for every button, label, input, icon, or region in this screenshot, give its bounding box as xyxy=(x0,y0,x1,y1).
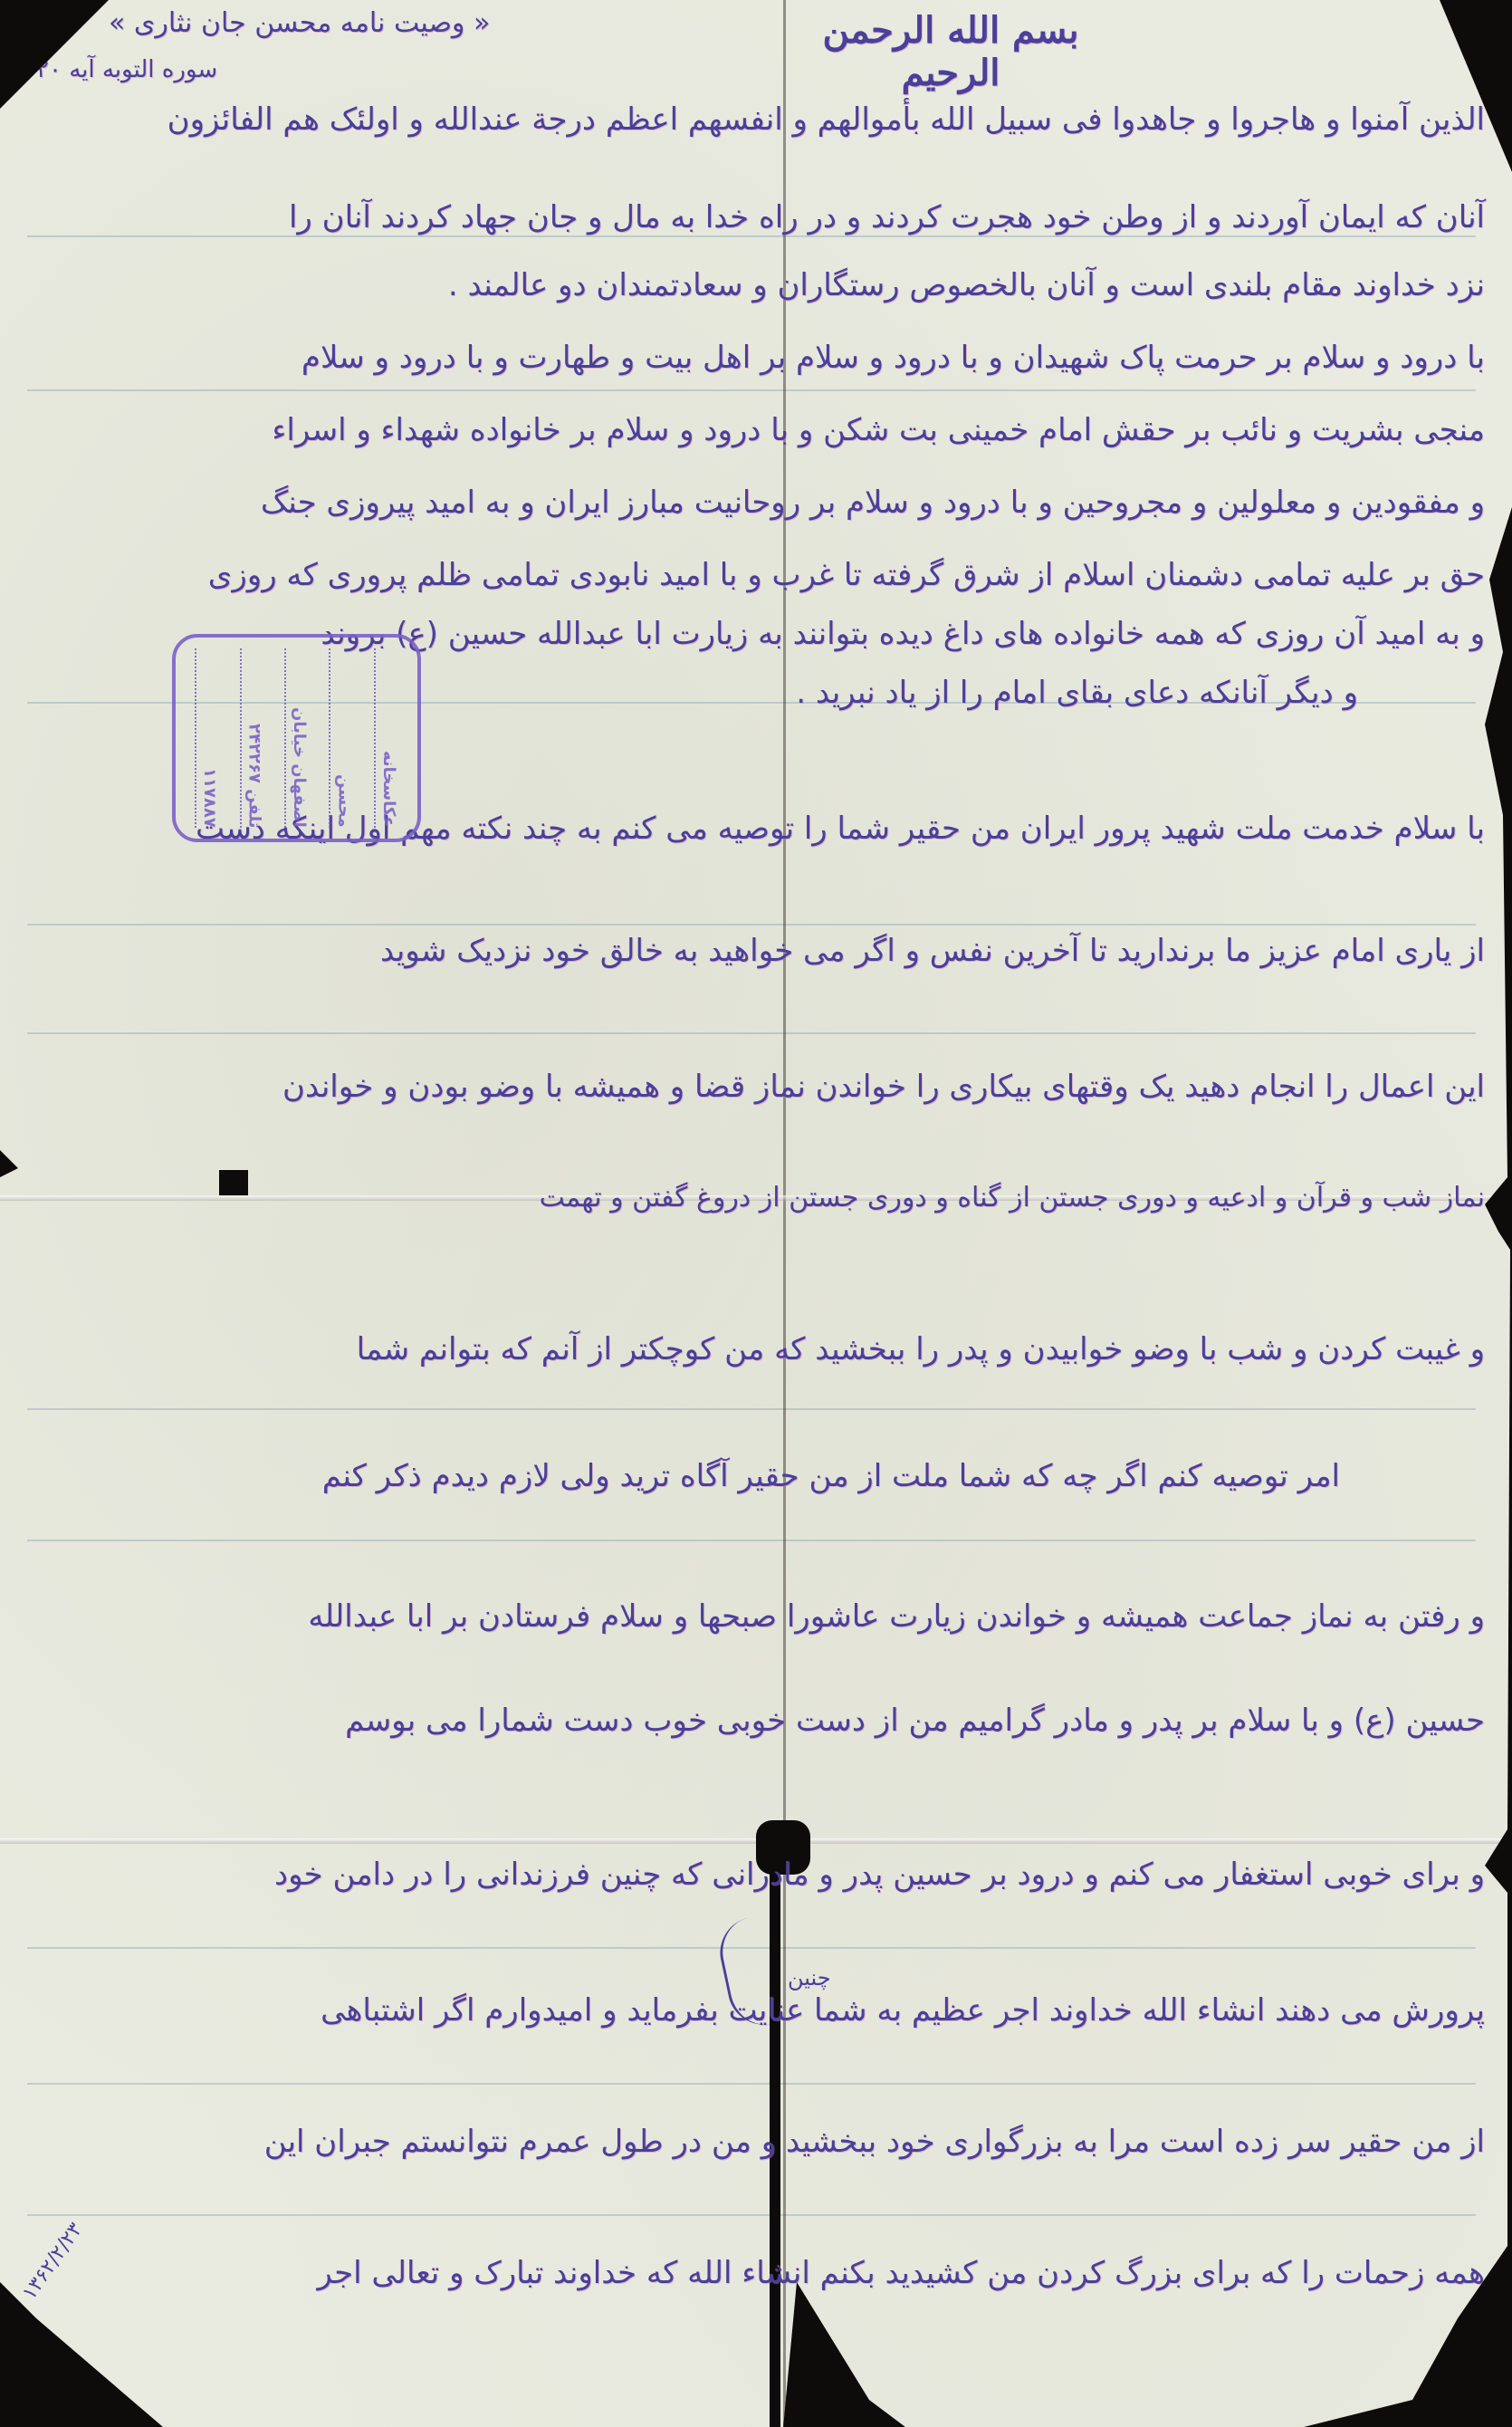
text-line: نزد خداوند مقام بلندی است و آنان بالخصوص… xyxy=(448,267,1485,303)
text-line: این اعمال را انجام دهید یک وقتهای بیکاری… xyxy=(282,1069,1485,1105)
text-line: و مفقودین و معلولین و مجروحین و با درود … xyxy=(261,484,1485,521)
text-line: نماز شب و قرآن و ادعیه و دوری جستن از گن… xyxy=(540,1182,1485,1213)
corner-date: ۱۳۶۲/۲/۲۳ xyxy=(18,2219,89,2305)
text-line: حق بر علیه تمامی دشمنان اسلام از شرق گرف… xyxy=(208,557,1485,593)
ruled-line xyxy=(27,2214,1476,2216)
photo-studio-stamp: عکاسخانه محسن اصفهان خیابان تلفن ۲۴۲۲۶۷ … xyxy=(172,634,421,842)
ruled-line xyxy=(27,1540,1476,1541)
text-line: آنان که ایمان آوردند و از وطن خود هجرت ک… xyxy=(289,199,1485,235)
ruled-line xyxy=(27,1408,1476,1410)
stamp-text: اصفهان خیابان xyxy=(284,648,309,828)
ruled-line xyxy=(27,1032,1476,1034)
paper-hole xyxy=(219,1170,248,1195)
text-line: منجی بشریت و نائب بر حقش امام خمینی بت ش… xyxy=(272,412,1485,448)
text-line: و به امید آن روزی که همه خانواده های داغ… xyxy=(321,616,1485,652)
text-line: و برای خوبی استغفار می کنم و درود بر حسی… xyxy=(274,1856,1485,1893)
text-line: با درود و سلام بر حرمت پاک شهیدان و با د… xyxy=(301,340,1485,376)
text-line: و دیگر آنانکه دعای بقای امام را از یاد ن… xyxy=(796,675,1358,711)
basmala-heading: بسم الله الرحمن الرحیم xyxy=(797,9,1105,94)
header-note: « وصیت نامه محسن جان نثاری » xyxy=(109,7,490,39)
ruled-line xyxy=(27,235,1476,237)
text-line: و رفتن به نماز جماعت همیشه و خواندن زیار… xyxy=(308,1598,1485,1635)
text-line: الذین آمنوا و هاجروا و جاهدوا فی سبیل ال… xyxy=(167,101,1485,138)
stamp-text: ۱۱۷۸۸۷ xyxy=(195,648,219,828)
ruled-line xyxy=(27,389,1476,391)
interlinear-note: چنین xyxy=(788,1965,831,1991)
stamp-text: عکاسخانه xyxy=(374,648,398,828)
text-line: همه زحمات را که برای بزرگ کردن من کشیدید… xyxy=(317,2255,1485,2291)
verse-reference: سوره التوبه آیه ۲۰ xyxy=(36,56,217,83)
stamp-text: تلفن ۲۴۲۲۶۷ xyxy=(240,648,264,828)
text-line: پرورش می دهند انشاء الله خداوند اجر عظیم… xyxy=(321,1992,1485,2029)
text-line: از یاری امام عزیز ما برندارید تا آخرین ن… xyxy=(380,933,1485,969)
stamp-text: محسن xyxy=(329,648,353,828)
ruled-line xyxy=(27,924,1476,926)
text-line: حسین (ع) و با سلام بر پدر و مادر گرامیم … xyxy=(345,1703,1485,1739)
text-line: امر توصیه کنم اگر چه که شما ملت از من حق… xyxy=(322,1458,1340,1494)
text-line: از من حقیر سر زده است مرا به بزرگواری خو… xyxy=(264,2124,1485,2160)
ruled-line xyxy=(27,2083,1476,2085)
document-page: « وصیت نامه محسن جان نثاری » بسم الله ال… xyxy=(0,0,1512,2427)
text-line: و غیبت کردن و شب با وضو خوابیدن و پدر را… xyxy=(357,1331,1485,1367)
